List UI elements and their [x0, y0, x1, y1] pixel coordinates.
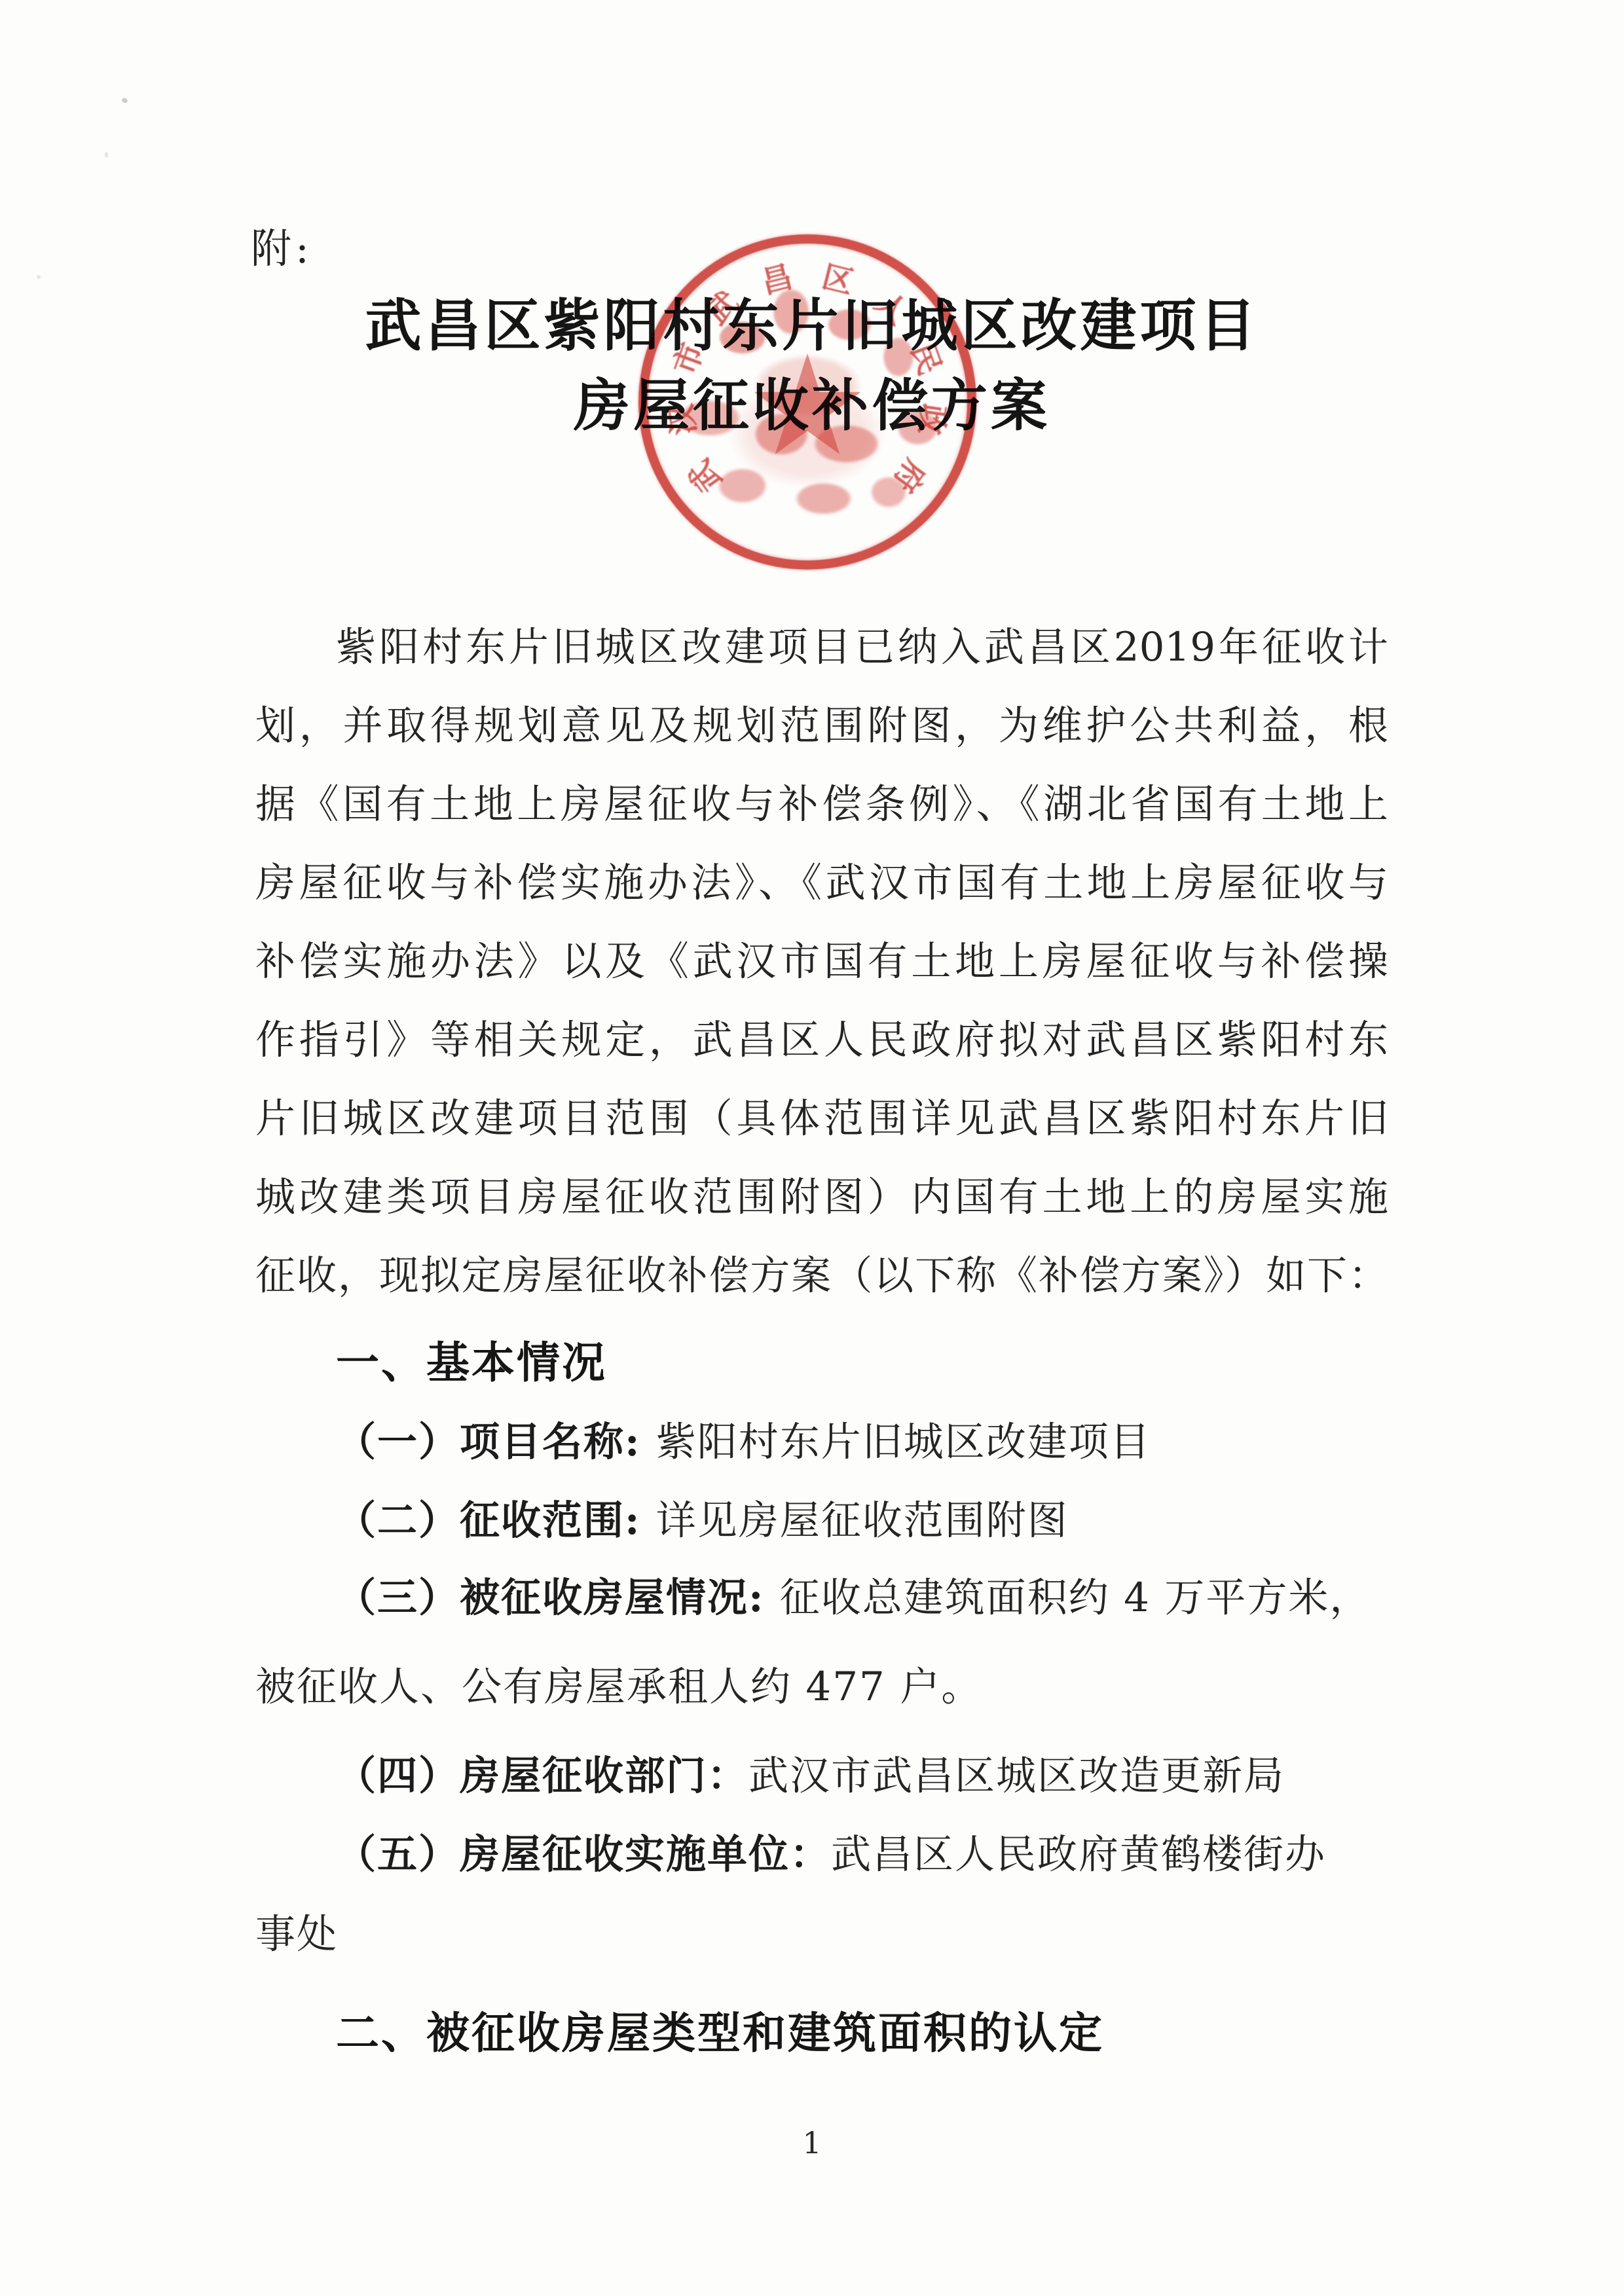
section-heading-1: 一、基本情况 [336, 1328, 607, 1390]
page-number: 1 [0, 2125, 1624, 2160]
body-line: 补偿实施办法》以及《武汉市国有土地上房屋征收与补偿操 [255, 934, 1388, 989]
body-line: 房屋征收与补偿实施办法》、《武汉市国有土地上房屋征收与 [255, 856, 1388, 911]
section-heading-2: 二、被征收房屋类型和建筑面积的认定 [336, 1998, 1104, 2060]
list-item-continuation: 被征收人、公有房屋承租人约 477 户。 [255, 1655, 1500, 1712]
document-page: 附: 武昌区紫阳村东片旧城区改建项目 房屋征收补偿方案 武汉市武昌区人民政府 紫… [0, 0, 1624, 2296]
seal-ring-char: 武 [677, 452, 731, 503]
body-line: 紫阳村东片旧城区改建项目已纳入武昌区2019年征收计 [255, 620, 1388, 675]
document-title-line1: 武昌区紫阳村东片旧城区改建项目 [0, 292, 1624, 360]
body-line: 据《国有土地上房屋征收与补偿条例》、《湖北省国有土地上 [255, 777, 1388, 832]
scan-speck [105, 152, 108, 158]
list-item-continuation: 事处 [255, 1903, 1500, 1959]
body-line: 城改建类项目房屋征收范围附图）内国有土地上的房屋实施 [255, 1170, 1388, 1225]
item-value: 详见房屋征收范围附图 [656, 1497, 1069, 1544]
item-value: 武汉市武昌区城区改造更新局 [748, 1753, 1285, 1799]
attachment-label: 附: [251, 216, 313, 274]
item-label: （四）房屋征收部门： [336, 1753, 748, 1799]
scan-speck [121, 97, 128, 103]
list-item: （三）被征收房屋情况: 征收总建筑面积约 4 万平方米， [255, 1566, 1580, 1623]
item-value: 征收总建筑面积约 4 万平方米， [780, 1575, 1371, 1621]
item-label: （五）房屋征收实施单位： [336, 1831, 831, 1878]
scan-speck [37, 275, 41, 279]
item-value: 事处 [255, 1911, 338, 1958]
list-item: （五）房屋征收实施单位：武昌区人民政府黄鹤楼街办 [255, 1823, 1580, 1880]
list-item: （二）征收范围: 详见房屋征收范围附图 [255, 1489, 1580, 1546]
item-value: 武昌区人民政府黄鹤楼街办 [831, 1831, 1326, 1878]
list-item: （一）项目名称: 紫阳村东片旧城区改建项目 [255, 1410, 1580, 1467]
body-line: 片旧城区改建项目范围（具体范围详见武昌区紫阳村东片旧 [255, 1091, 1388, 1146]
seal-ring-char: 府 [885, 452, 938, 503]
list-item: （四）房屋征收部门：武汉市武昌区城区改造更新局 [255, 1744, 1580, 1801]
item-label: （一）项目名称: [336, 1419, 656, 1465]
item-label: （三）被征收房屋情况: [336, 1575, 780, 1621]
body-line: 划，并取得规划意见及规划范围附图，为维护公共利益，根 [255, 699, 1388, 754]
body-line: 征收，现拟定房屋征收补偿方案（以下称《补偿方案》）如下： [255, 1248, 1388, 1303]
document-title-line2: 房屋征收补偿方案 [0, 372, 1624, 440]
item-value: 被征收人、公有房屋承租人约 477 户。 [255, 1664, 982, 1710]
item-value: 紫阳村东片旧城区改建项目 [656, 1419, 1151, 1465]
body-line: 作指引》等相关规定，武昌区人民政府拟对武昌区紫阳村东 [255, 1013, 1388, 1068]
item-label: （二）征收范围: [336, 1497, 656, 1544]
